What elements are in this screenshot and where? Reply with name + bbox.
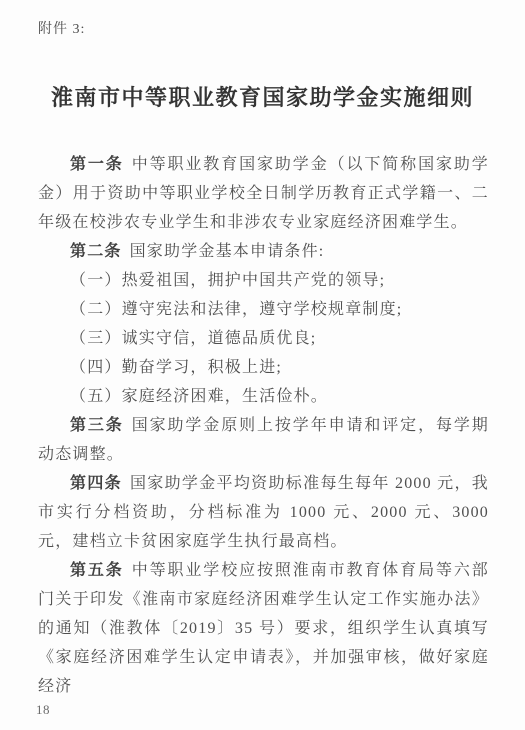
- condition-3-text: （三）诚实守信，道德品质优良;: [70, 330, 316, 347]
- article-2-text: 国家助学金基本申请条件:: [130, 243, 325, 260]
- article-5-label: 第五条: [70, 562, 124, 579]
- article-4-label: 第四条: [70, 475, 122, 492]
- para-article-5: 第五条中等职业学校应按照淮南市教育体育局等六部门关于印发《淮南市家庭经济困难学生…: [38, 556, 489, 701]
- document-title: 淮南市中等职业教育国家助学金实施细则: [0, 81, 525, 112]
- condition-5-text: （五）家庭经济困难，生活俭朴。: [70, 388, 328, 405]
- para-condition-4: （四）勤奋学习，积极上进;: [38, 353, 489, 382]
- article-2-label: 第二条: [70, 243, 122, 260]
- article-3-label: 第三条: [70, 417, 124, 434]
- condition-4-text: （四）勤奋学习，积极上进;: [70, 359, 282, 376]
- para-condition-2: （二）遵守宪法和法律，遵守学校规章制度;: [38, 295, 489, 324]
- para-article-2: 第二条国家助学金基本申请条件:: [38, 237, 489, 266]
- article-5-text: 中等职业学校应按照淮南市教育体育局等六部门关于印发《淮南市家庭经济困难学生认定工…: [38, 562, 489, 695]
- para-condition-1: （一）热爱祖国，拥护中国共产党的领导;: [38, 266, 489, 295]
- para-article-4: 第四条国家助学金平均资助标准每生每年 2000 元，我市实行分档资助，分档标准为…: [38, 469, 489, 556]
- document-page: 附件 3: 淮南市中等职业教育国家助学金实施细则 第一条中等职业教育国家助学金（…: [0, 0, 525, 730]
- attachment-label: 附件 3:: [38, 18, 85, 38]
- para-article-1: 第一条中等职业教育国家助学金（以下简称国家助学金）用于资助中等职业学校全日制学历…: [38, 150, 489, 237]
- para-condition-5: （五）家庭经济困难，生活俭朴。: [38, 382, 489, 411]
- para-article-3: 第三条国家助学金原则上按学年申请和评定，每学期动态调整。: [38, 411, 489, 469]
- condition-2-text: （二）遵守宪法和法律，遵守学校规章制度;: [70, 301, 402, 318]
- page-number: 18: [36, 702, 50, 718]
- condition-1-text: （一）热爱祖国，拥护中国共产党的领导;: [70, 272, 385, 289]
- document-body: 第一条中等职业教育国家助学金（以下简称国家助学金）用于资助中等职业学校全日制学历…: [38, 150, 489, 701]
- article-1-label: 第一条: [70, 156, 124, 173]
- para-condition-3: （三）诚实守信，道德品质优良;: [38, 324, 489, 353]
